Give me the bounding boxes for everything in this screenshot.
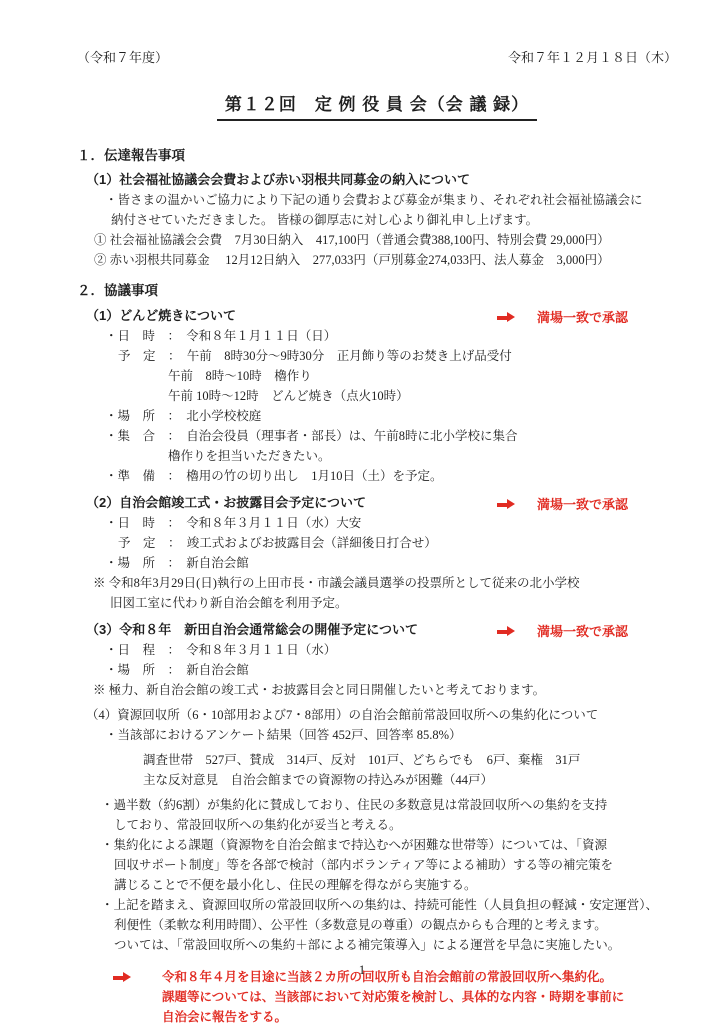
doc-line: ・日 程 ： 令和８年３月１１日（水） (105, 640, 677, 660)
item-heading: （3）令和８年 新田自治会通常総会の開催予定について満場一致で承認 (86, 619, 677, 640)
doc-line: 予 定 ： 午前 8時30分～9時30分 正月飾り等のお焚き上げ品受付 (118, 346, 677, 366)
doc-line-text: ・場 所 ： 新自治会館 (105, 663, 249, 677)
doc-line-text: ついては、「常設回収所への集約＋部による補完策導入」による運営を早急に実施したい… (114, 938, 620, 952)
doc-line: ・日 時 ： 令和８年３月１１日（水）大安 (105, 513, 677, 533)
doc-line-text: 予 定 ： 竣工式およびお披露目会（詳細後日打合せ） (118, 536, 437, 550)
doc-line-text: 午前 10時～12時 どんど焼き（点火10時） (168, 389, 409, 403)
doc-line: ・場 所 ： 新自治会館 (105, 553, 677, 573)
doc-line: ① 社会福祉協議会会費 7月30日納入 417,100円（普通会費388,100… (94, 230, 677, 250)
page-title: 第１２回 定 例 役 員 会（会 議 録） (77, 90, 677, 121)
doc-line: 主な反対意見 自治会館までの資源物の持込みが困難（44戸） (143, 770, 677, 790)
doc-line-text: ・上記を踏まえ、資源回収所の常設回収所への集約は、持続可能性（人員負担の軽減・安… (101, 898, 658, 912)
doc-line-text: 予 定 ： 午前 8時30分～9時30分 正月飾り等のお焚き上げ品受付 (118, 349, 512, 363)
doc-line: 講じることで不便を最小化し、住民の理解を得ながら実施する。 (114, 875, 677, 895)
approval-badge: 満場一致で承認 (497, 307, 628, 328)
doc-line: ② 赤い羽根共同募金 12月12日納入 277,033円（戸別募金274,033… (94, 250, 677, 270)
doc-line: ・上記を踏まえ、資源回収所の常設回収所への集約は、持続可能性（人員負担の軽減・安… (101, 895, 677, 915)
doc-line: 利便性（柔軟な利用時間）、公平性（多数意見の尊重）の観点からも合理的と考えます。 (114, 915, 677, 935)
doc-line-text: 回収サポート制度」等を各部で検討（部内ボランティア等による補助）する等の補完策を (114, 858, 613, 872)
doc-line: 調査世帯 527戸、賛成 314戸、反対 101戸、どちらでも 6戸、棄権 31… (143, 750, 677, 770)
approval-badge: 満場一致で承認 (497, 494, 628, 515)
doc-line: ・皆さまの温かいご協力により下記の通り会費および募金が集まり、それぞれ社会福祉協… (105, 190, 677, 210)
item-heading: （1）どんど焼きについて満場一致で承認 (86, 305, 677, 326)
doc-line-text: ・集約化による課題（資源物を自治会館まで持込むへが困難な世帯等）については、「資… (101, 838, 607, 852)
doc-line-text: 調査世帯 527戸、賛成 314戸、反対 101戸、どちらでも 6戸、棄権 31… (143, 753, 580, 767)
document-body: １．伝達報告事項（1）社会福祉協議会会費および赤い羽根共同募金の納入について・皆… (77, 145, 677, 1024)
doc-line-text: （3）令和８年 新田自治会通常総会の開催予定について (86, 622, 418, 637)
doc-line-text: ・過半数（約6割）が集約化に賛成しており、住民の多数意見は常設回収所への集約を支… (101, 798, 607, 812)
arrow-right-icon (497, 312, 515, 323)
doc-line-text: （1）どんど焼きについて (86, 308, 236, 323)
doc-line-text: （4）資源回収所（6・10部用および7・8部用）の自治会館前常設回収所への集約化… (86, 708, 598, 722)
doc-line: ・準 備 ： 櫓用の竹の切り出し 1月10日（土）を予定。 (105, 466, 677, 486)
approval-label: 満場一致で承認 (537, 621, 628, 642)
doc-line: 午前 10時～12時 どんど焼き（点火10時） (168, 386, 677, 406)
doc-line: （4）資源回収所（6・10部用および7・8部用）の自治会館前常設回収所への集約化… (86, 705, 677, 725)
doc-line-text: ・皆さまの温かいご協力により下記の通り会費および募金が集まり、それぞれ社会福祉協… (105, 193, 643, 207)
doc-line: 午前 8時～10時 櫓作り (168, 366, 677, 386)
document-date: 令和７年１２月１８日（木） (508, 50, 677, 66)
doc-line: 予 定 ： 竣工式およびお披露目会（詳細後日打合せ） (118, 533, 677, 553)
doc-line-text: （1）社会福祉協議会会費および赤い羽根共同募金の納入について (86, 172, 470, 187)
doc-line-text: 課題等については、当該部において対応策を検討し、具体的な内容・時期を事前に (162, 990, 624, 1004)
doc-line: 回収サポート制度」等を各部で検討（部内ボランティア等による補助）する等の補完策を (114, 855, 677, 875)
document-page: （令和７年度） 令和７年１２月１８日（木） 第１２回 定 例 役 員 会（会 議… (0, 0, 724, 1024)
doc-line: 櫓作りを担当いただきたい。 (168, 446, 677, 466)
doc-line: ・過半数（約6割）が集約化に賛成しており、住民の多数意見は常設回収所への集約を支… (101, 795, 677, 815)
doc-line-text: 午前 8時～10時 櫓作り (168, 369, 312, 383)
doc-line: ・場 所 ： 新自治会館 (105, 660, 677, 680)
page-title-text: 第１２回 定 例 役 員 会（会 議 録） (217, 90, 537, 121)
fiscal-year-label: （令和７年度） (77, 50, 168, 66)
doc-line-text: 利便性（柔軟な利用時間）、公平性（多数意見の尊重）の観点からも合理的と考えます。 (114, 918, 607, 932)
doc-line-text: 主な反対意見 自治会館までの資源物の持込みが困難（44戸） (143, 773, 493, 787)
doc-line: ついては、「常設回収所への集約＋部による補完策導入」による運営を早急に実施したい… (114, 935, 677, 955)
arrow-right-icon (497, 626, 515, 637)
doc-line: ・集 合 ： 自治会役員（理事者・部長）は、午前8時に北小学校に集合 (105, 426, 677, 446)
doc-line-text: ※ 令和8年3月29日(日)執行の上田市長・市議会議員選挙の投票所として従来の北… (93, 576, 579, 590)
arrow-right-icon (497, 499, 515, 510)
doc-line-text: ① 社会福祉協議会会費 7月30日納入 417,100円（普通会費388,100… (94, 233, 610, 247)
doc-line-text: ・当該部におけるアンケート結果（回答 452戸、回答率 85.8%） (105, 728, 462, 742)
approval-label: 満場一致で承認 (537, 307, 628, 328)
doc-line: ・当該部におけるアンケート結果（回答 452戸、回答率 85.8%） (105, 725, 677, 745)
doc-line-text: しており、常設回収所への集約化が妥当と考える。 (114, 818, 402, 832)
doc-line-text: ② 赤い羽根共同募金 12月12日納入 277,033円（戸別募金274,033… (94, 253, 610, 267)
doc-line-text: ・場 所 ： 北小学校校庭 (105, 409, 261, 423)
section-heading: １．伝達報告事項 (77, 145, 677, 166)
doc-line-text: 講じることで不便を最小化し、住民の理解を得ながら実施する。 (114, 878, 477, 892)
doc-line-text: 納付させていただきました。 皆様の御厚志に対し心より御礼申し上げます。 (111, 213, 538, 227)
doc-line-text: ・場 所 ： 新自治会館 (105, 556, 249, 570)
doc-line: ・場 所 ： 北小学校校庭 (105, 406, 677, 426)
doc-line-text: ・日 時 ： 令和８年３月１１日（水）大安 (105, 516, 361, 530)
doc-line-text: ２．協議事項 (77, 283, 158, 298)
section-heading: ２．協議事項 (77, 280, 677, 301)
doc-line: ・集約化による課題（資源物を自治会館まで持込むへが困難な世帯等）については、「資… (101, 835, 677, 855)
doc-line: ・日 時 ： 令和８年１月１１日（日） (105, 326, 677, 346)
doc-line-text: （2）自治会館竣工式・お披露目会予定について (86, 495, 366, 510)
doc-line: ※ 極力、新自治会館の竣工式・お披露目会と同日開催したいと考えております。 (93, 680, 677, 700)
item-heading: （2）自治会館竣工式・お披露目会予定について満場一致で承認 (86, 492, 677, 513)
doc-line-text: 旧図工室に代わり新自治会館を利用予定。 (110, 596, 348, 610)
doc-line-text: ・集 合 ： 自治会役員（理事者・部長）は、午前8時に北小学校に集合 (105, 429, 518, 443)
doc-line-text: １．伝達報告事項 (77, 148, 185, 163)
doc-line-text: ※ 極力、新自治会館の竣工式・お披露目会と同日開催したいと考えております。 (93, 683, 545, 697)
doc-line-text: ・日 程 ： 令和８年３月１１日（水） (105, 643, 336, 657)
doc-line-text: 櫓作りを担当いただきたい。 (168, 449, 331, 463)
resolution-note-line: 課題等については、当該部において対応策を検討し、具体的な内容・時期を事前に (162, 987, 677, 1007)
document-content: （令和７年度） 令和７年１２月１８日（木） 第１２回 定 例 役 員 会（会 議… (77, 50, 677, 1024)
approval-label: 満場一致で承認 (537, 494, 628, 515)
resolution-note-line: 自治会に報告をする。 (162, 1007, 677, 1024)
doc-line-text: ・日 時 ： 令和８年１月１１日（日） (105, 329, 336, 343)
doc-line: 旧図工室に代わり新自治会館を利用予定。 (110, 593, 677, 613)
doc-line-text: 自治会に報告をする。 (162, 1010, 287, 1024)
document-header: （令和７年度） 令和７年１２月１８日（木） (77, 50, 677, 66)
doc-line: しており、常設回収所への集約化が妥当と考える。 (114, 815, 677, 835)
approval-badge: 満場一致で承認 (497, 621, 628, 642)
page-number: 1 (0, 962, 724, 978)
doc-line: 納付させていただきました。 皆様の御厚志に対し心より御礼申し上げます。 (111, 210, 677, 230)
item-heading: （1）社会福祉協議会会費および赤い羽根共同募金の納入について (86, 169, 677, 190)
doc-line-text: ・準 備 ： 櫓用の竹の切り出し 1月10日（土）を予定。 (105, 469, 443, 483)
doc-line: ※ 令和8年3月29日(日)執行の上田市長・市議会議員選挙の投票所として従来の北… (93, 573, 677, 593)
